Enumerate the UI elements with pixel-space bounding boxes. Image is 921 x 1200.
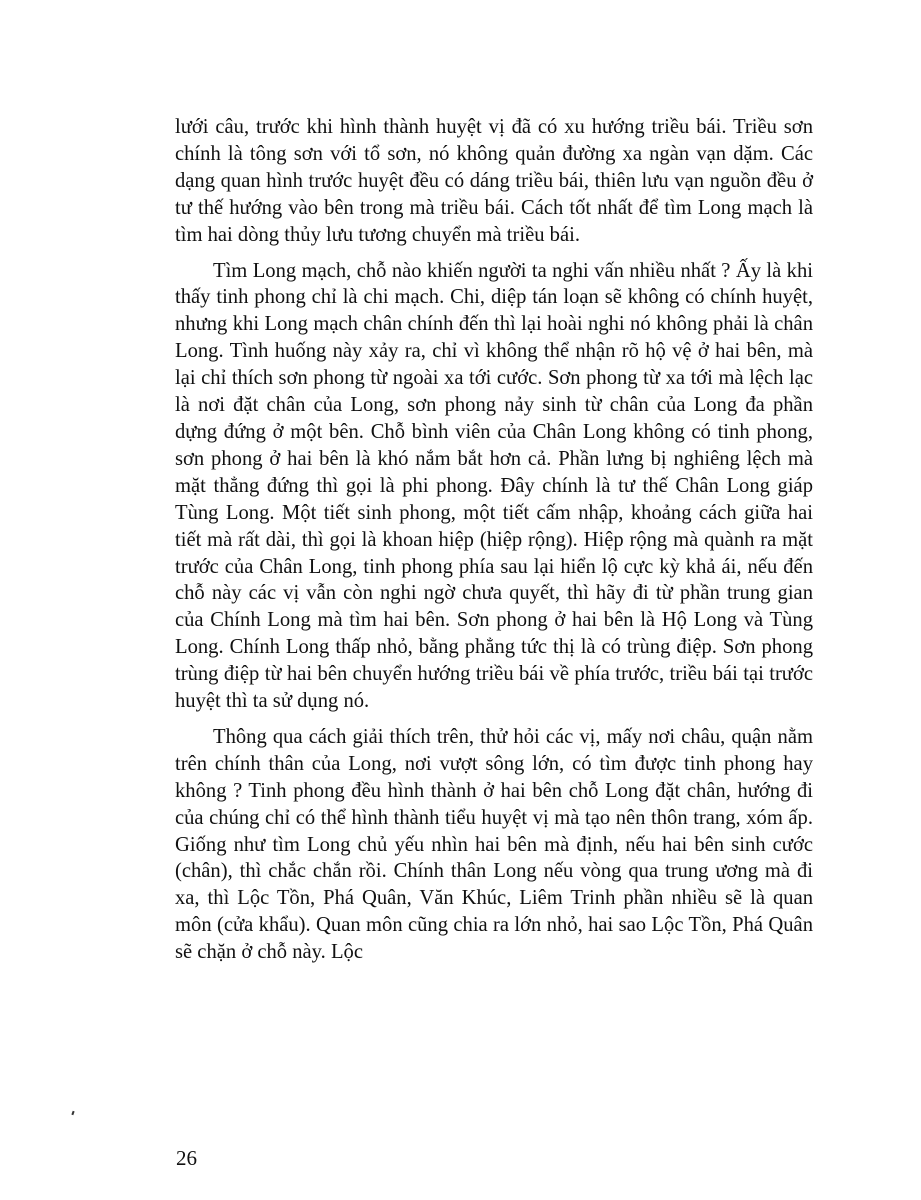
body-text: lưới câu, trước khi hình thành huyệt vị … [175, 114, 813, 975]
paragraph-1: lưới câu, trước khi hình thành huyệt vị … [175, 114, 813, 249]
paragraph-2: Tìm Long mạch, chỗ nào khiến người ta ng… [175, 258, 813, 715]
page-number: 26 [176, 1146, 197, 1170]
document-page: lưới câu, trước khi hình thành huyệt vị … [0, 0, 921, 1200]
scan-speck [71, 1111, 74, 1115]
paragraph-3: Thông qua cách giải thích trên, thử hỏi … [175, 724, 813, 966]
